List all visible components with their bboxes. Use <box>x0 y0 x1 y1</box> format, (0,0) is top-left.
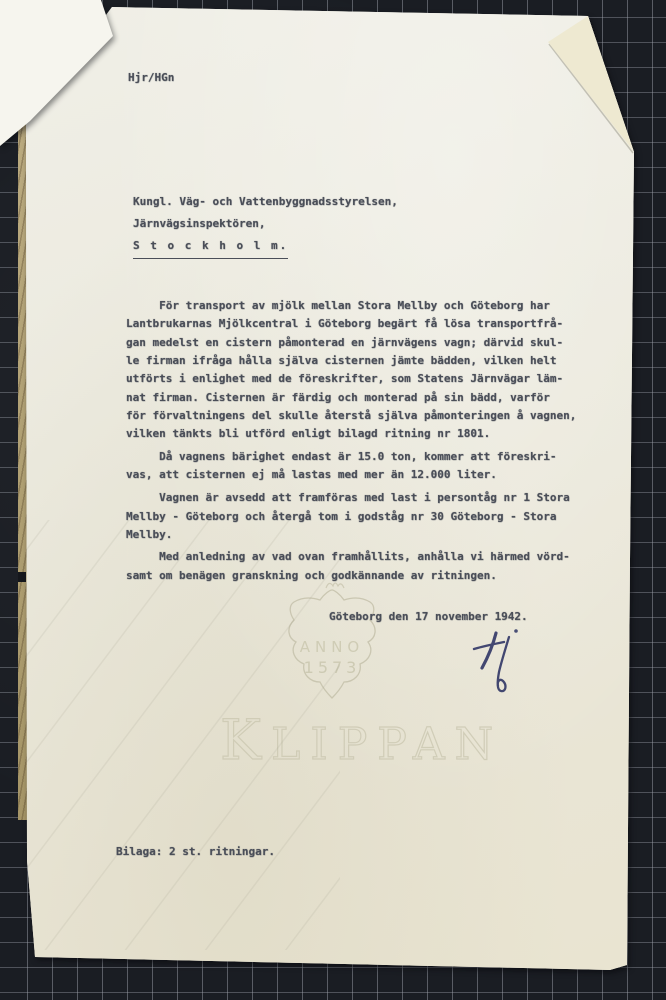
overlapping-paper-corner <box>0 0 666 1000</box>
scanned-letter-photo: ANNO 1573 KLIPPAN Hjr/HGn Kungl. Väg- oc… <box>0 0 666 1000</box>
overlapping-paper-wrapper <box>0 0 666 1000</box>
